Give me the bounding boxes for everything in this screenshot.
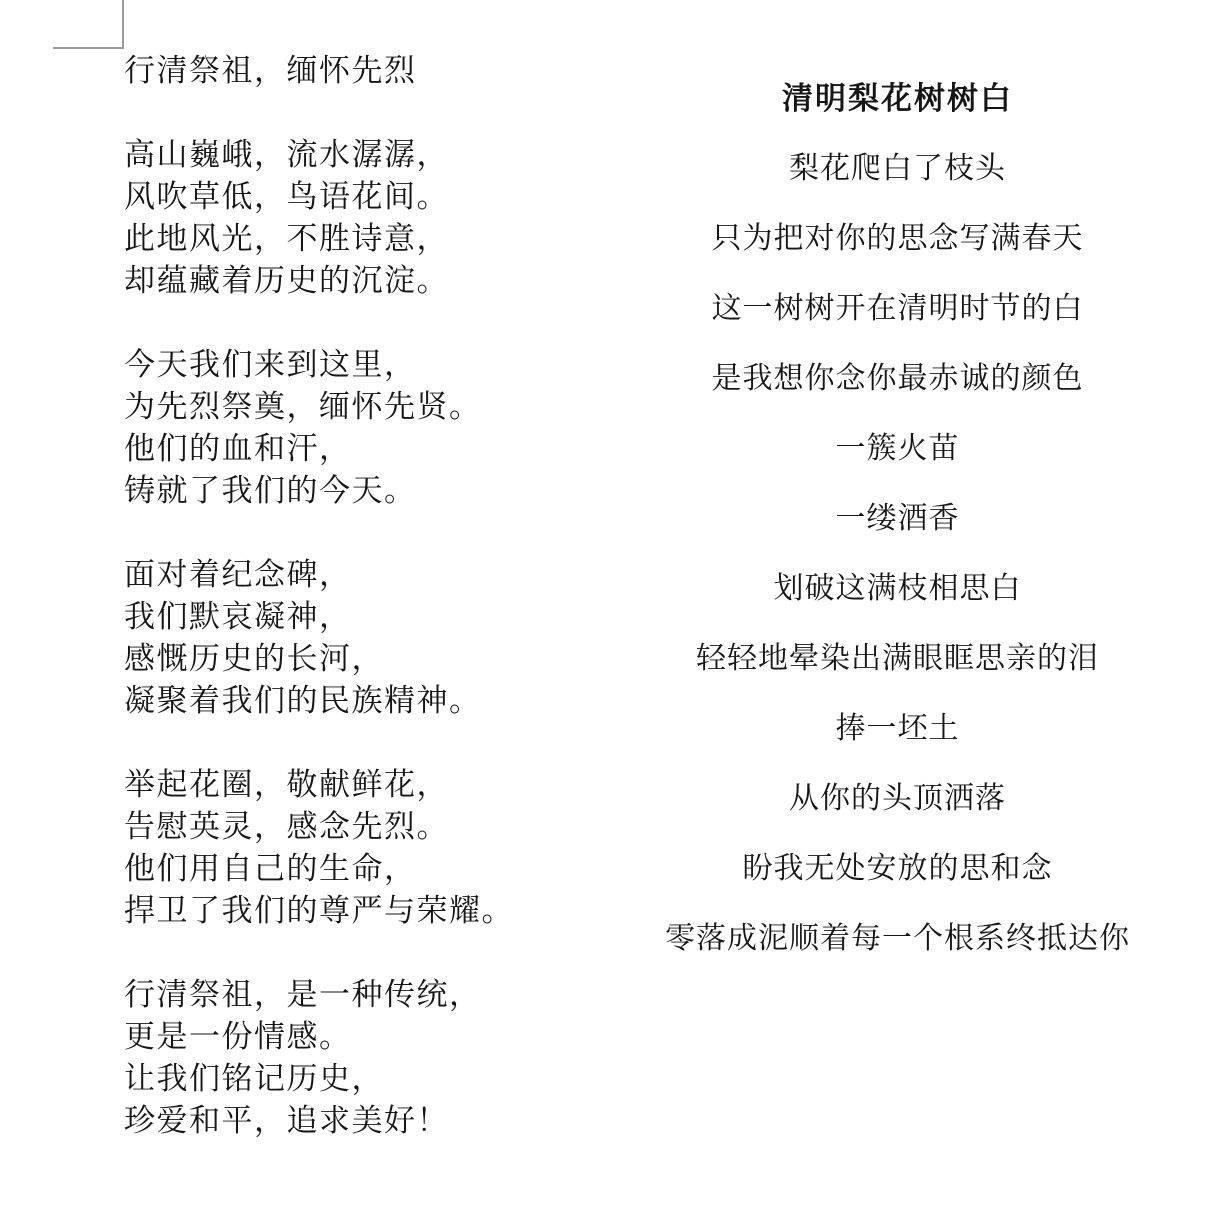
poem-line: 让我们铭记历史， — [124, 1058, 514, 1100]
poem-line: 为先烈祭奠，缅怀先贤。 — [124, 386, 514, 428]
poem-stanza: 高山巍峨，流水潺潺， 风吹草低，鸟语花间。 此地风光，不胜诗意， 却蕴藏着历史的… — [124, 134, 514, 302]
poem-stanza: 举起花圈，敬献鲜花， 告慰英灵，感念先烈。 他们用自己的生命， 捍卫了我们的尊严… — [124, 764, 514, 932]
poem-line: 轻轻地晕染出满眼眶思亲的泪 — [610, 624, 1185, 694]
poem-stanza: 行清祭祖，是一种传统， 更是一份情感。 让我们铭记历史， 珍爱和平，追求美好！ — [124, 974, 514, 1142]
poem-line: 感慨历史的长河， — [124, 638, 514, 680]
poem-line: 却蕴藏着历史的沉淀。 — [124, 260, 514, 302]
poem-line: 风吹草低，鸟语花间。 — [124, 176, 514, 218]
document-page: 行清祭祖，缅怀先烈 高山巍峨，流水潺潺， 风吹草低，鸟语花间。 此地风光，不胜诗… — [0, 0, 1215, 1226]
poem-line: 铸就了我们的今天。 — [124, 470, 514, 512]
poem-line: 是我想你念你最赤诚的颜色 — [610, 344, 1185, 414]
poem-line: 珍爱和平，追求美好！ — [124, 1100, 514, 1142]
poem-line: 行清祭祖，缅怀先烈 — [124, 50, 514, 92]
empty-textbox-outline — [53, 0, 124, 49]
poem-line: 从你的头顶洒落 — [610, 764, 1185, 834]
poem-line: 盼我无处安放的思和念 — [610, 834, 1185, 904]
poem-line: 告慰英灵，感念先烈。 — [124, 806, 514, 848]
poem-line: 只为把对你的思念写满春天 — [610, 204, 1185, 274]
poem-line: 面对着纪念碑， — [124, 554, 514, 596]
poem-line: 高山巍峨，流水潺潺， — [124, 134, 514, 176]
poem-stanza: 面对着纪念碑， 我们默哀凝神， 感慨历史的长河， 凝聚着我们的民族精神。 — [124, 554, 514, 722]
poem-line: 举起花圈，敬献鲜花， — [124, 764, 514, 806]
poem-line: 我们默哀凝神， — [124, 596, 514, 638]
right-poem: 清明梨花树树白 梨花爬白了枝头 只为把对你的思念写满春天 这一树树开在清明时节的… — [610, 64, 1185, 974]
poem-line: 他们用自己的生命， — [124, 848, 514, 890]
poem-line: 零落成泥顺着每一个根系终抵达你 — [610, 904, 1185, 974]
poem-line: 更是一份情感。 — [124, 1016, 514, 1058]
poem-line: 行清祭祖，是一种传统， — [124, 974, 514, 1016]
poem-line: 划破这满枝相思白 — [610, 554, 1185, 624]
poem-line: 此地风光，不胜诗意， — [124, 218, 514, 260]
poem-line: 这一树树开在清明时节的白 — [610, 274, 1185, 344]
poem-stanza: 今天我们来到这里， 为先烈祭奠，缅怀先贤。 他们的血和汗， 铸就了我们的今天。 — [124, 344, 514, 512]
poem-line: 今天我们来到这里， — [124, 344, 514, 386]
right-poem-title: 清明梨花树树白 — [610, 64, 1185, 134]
poem-line: 一缕酒香 — [610, 484, 1185, 554]
left-poem: 行清祭祖，缅怀先烈 高山巍峨，流水潺潺， 风吹草低，鸟语花间。 此地风光，不胜诗… — [124, 50, 514, 1184]
poem-line: 捍卫了我们的尊严与荣耀。 — [124, 890, 514, 932]
poem-line: 一簇火苗 — [610, 414, 1185, 484]
poem-line: 凝聚着我们的民族精神。 — [124, 680, 514, 722]
poem-line: 捧一坯土 — [610, 694, 1185, 764]
poem-line: 他们的血和汗， — [124, 428, 514, 470]
poem-stanza: 行清祭祖，缅怀先烈 — [124, 50, 514, 92]
poem-line: 梨花爬白了枝头 — [610, 134, 1185, 204]
